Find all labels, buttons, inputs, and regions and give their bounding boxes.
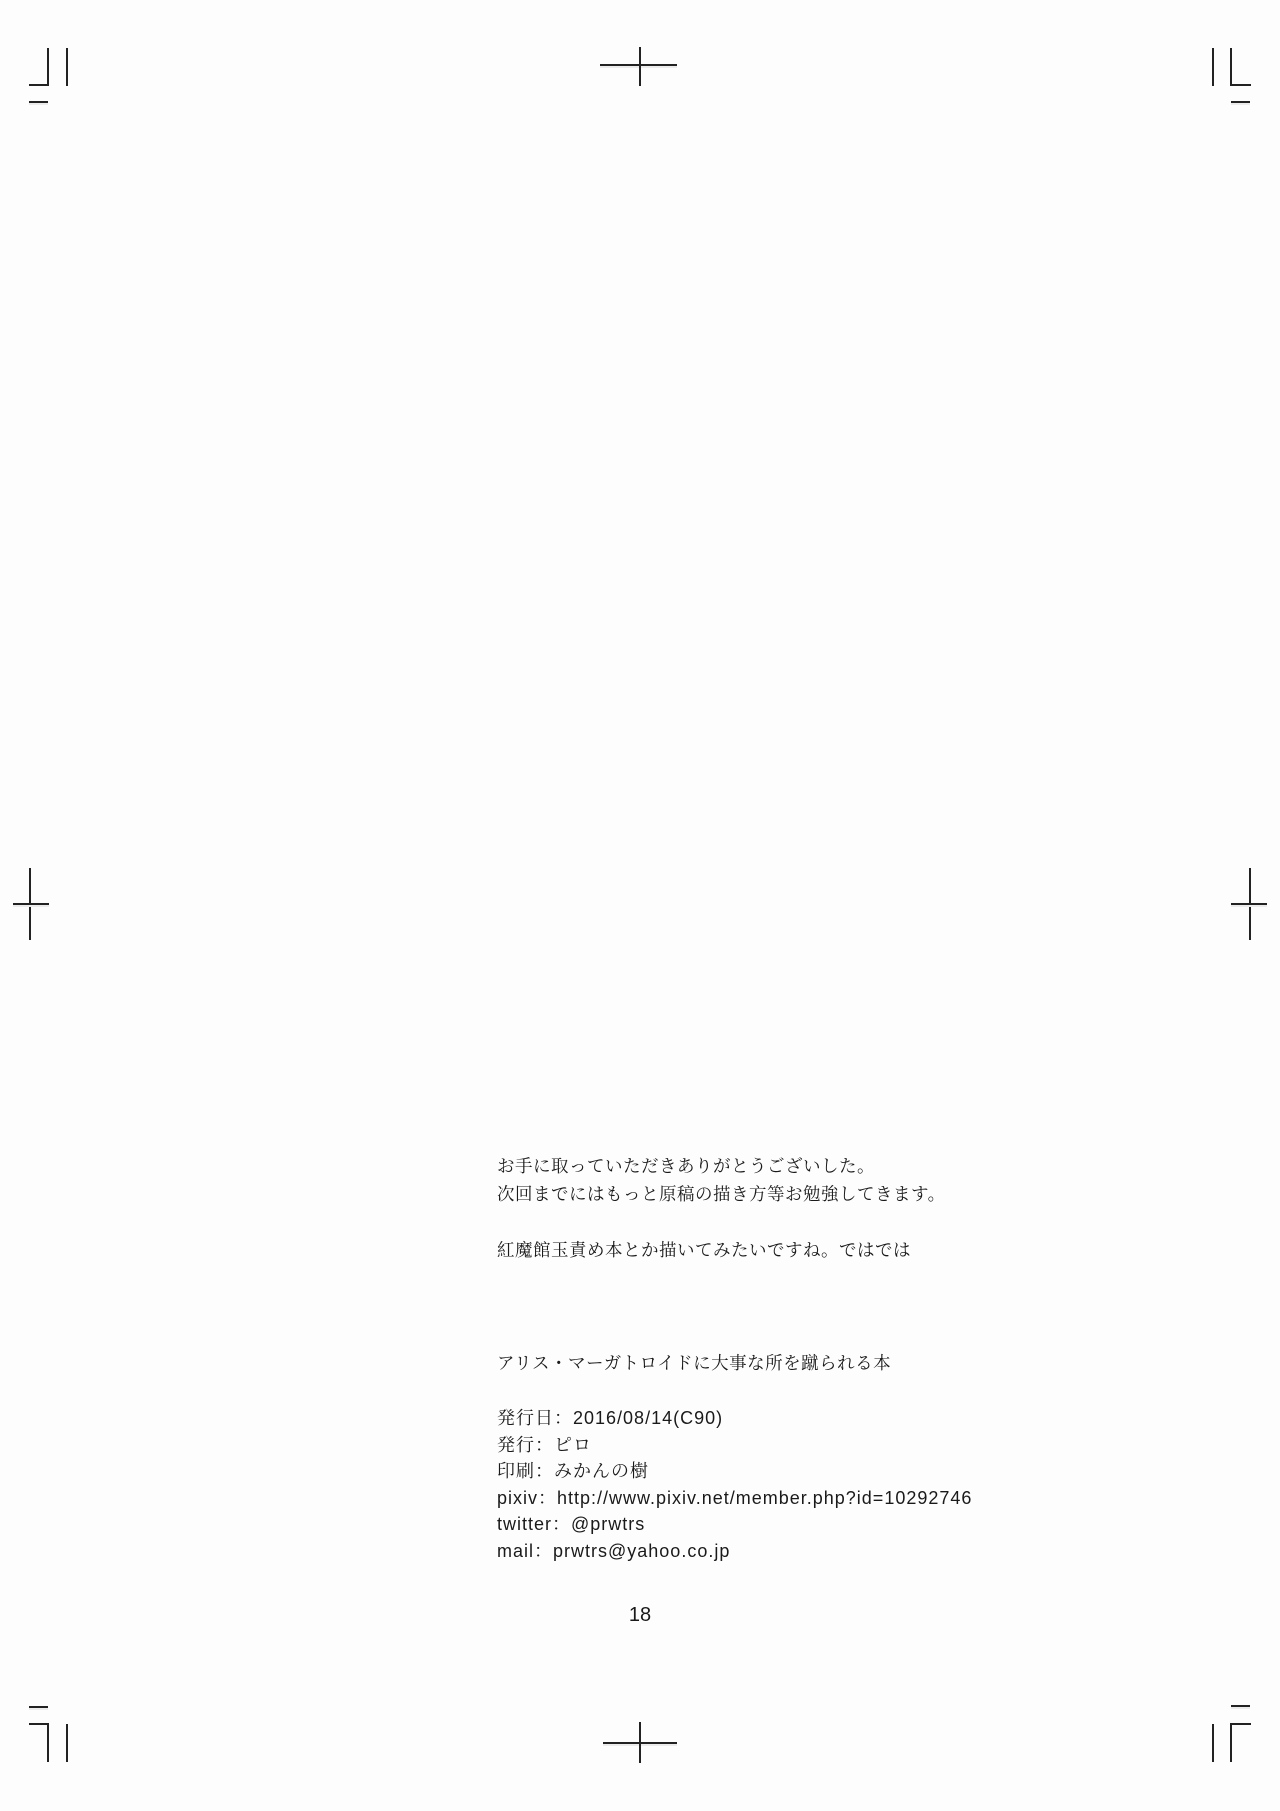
trim-mark-bottom-right-foot	[1231, 1723, 1251, 1725]
trim-mark-top-left-foot	[29, 84, 49, 86]
trim-mark-middle-left-horizontal	[13, 903, 49, 905]
trim-mark-top-left-inner-vertical	[66, 48, 68, 86]
colophon-pixiv-url: pixiv：http://www.pixiv.net/member.php?id…	[497, 1485, 972, 1512]
afterword-line-1: お手に取っていただきありがとうございした。	[497, 1152, 946, 1180]
afterword-line-3: 紅魔館玉責め本とか描いてみたいですね。ではでは	[497, 1236, 946, 1264]
trim-mark-top-right-inner-vertical	[1212, 48, 1214, 86]
afterword-line-2: 次回までにはもっと原稿の描き方等お勉強してきます。	[497, 1180, 946, 1208]
trim-mark-top-left-outer-vertical	[47, 48, 49, 86]
colophon-mail: mail：prwtrs@yahoo.co.jp	[497, 1538, 972, 1565]
afterword-text-block: お手に取っていただきありがとうございした。 次回までにはもっと原稿の描き方等お勉…	[497, 1152, 946, 1264]
trim-mark-bottom-left-dash	[29, 1706, 48, 1708]
colophon-block: 発行日：2016/08/14(C90) 発行：ピロ 印刷：みかんの樹 pixiv…	[497, 1405, 972, 1564]
trim-mark-bottom-left-inner-vertical	[66, 1724, 68, 1762]
trim-mark-top-center-vertical	[639, 47, 641, 86]
colophon-publisher: 発行：ピロ	[497, 1432, 972, 1459]
trim-mark-bottom-right-outer-vertical	[1230, 1723, 1232, 1762]
trim-mark-top-right-dash	[1231, 101, 1250, 103]
trim-mark-bottom-left-foot	[29, 1723, 49, 1725]
doujinshi-colophon-page: お手に取っていただきありがとうございした。 次回までにはもっと原稿の描き方等お勉…	[0, 0, 1280, 1811]
book-title: アリス・マーガトロイドに大事な所を蹴られる本	[497, 1349, 891, 1377]
trim-mark-top-left-dash	[29, 101, 48, 103]
page-number: 18	[0, 1602, 1280, 1628]
trim-mark-middle-right-horizontal	[1231, 903, 1267, 905]
colophon-printer: 印刷：みかんの樹	[497, 1458, 972, 1485]
trim-mark-bottom-right-inner-vertical	[1212, 1724, 1214, 1762]
colophon-twitter: twitter：@prwtrs	[497, 1511, 972, 1538]
trim-mark-top-right-foot	[1231, 84, 1251, 86]
trim-mark-bottom-right-dash	[1231, 1705, 1250, 1707]
trim-mark-top-right-outer-vertical	[1230, 48, 1232, 86]
trim-mark-bottom-center-vertical	[639, 1722, 641, 1763]
afterword-line-blank	[497, 1208, 946, 1236]
colophon-publication-date: 発行日：2016/08/14(C90)	[497, 1405, 972, 1432]
trim-mark-bottom-left-outer-vertical	[47, 1723, 49, 1762]
